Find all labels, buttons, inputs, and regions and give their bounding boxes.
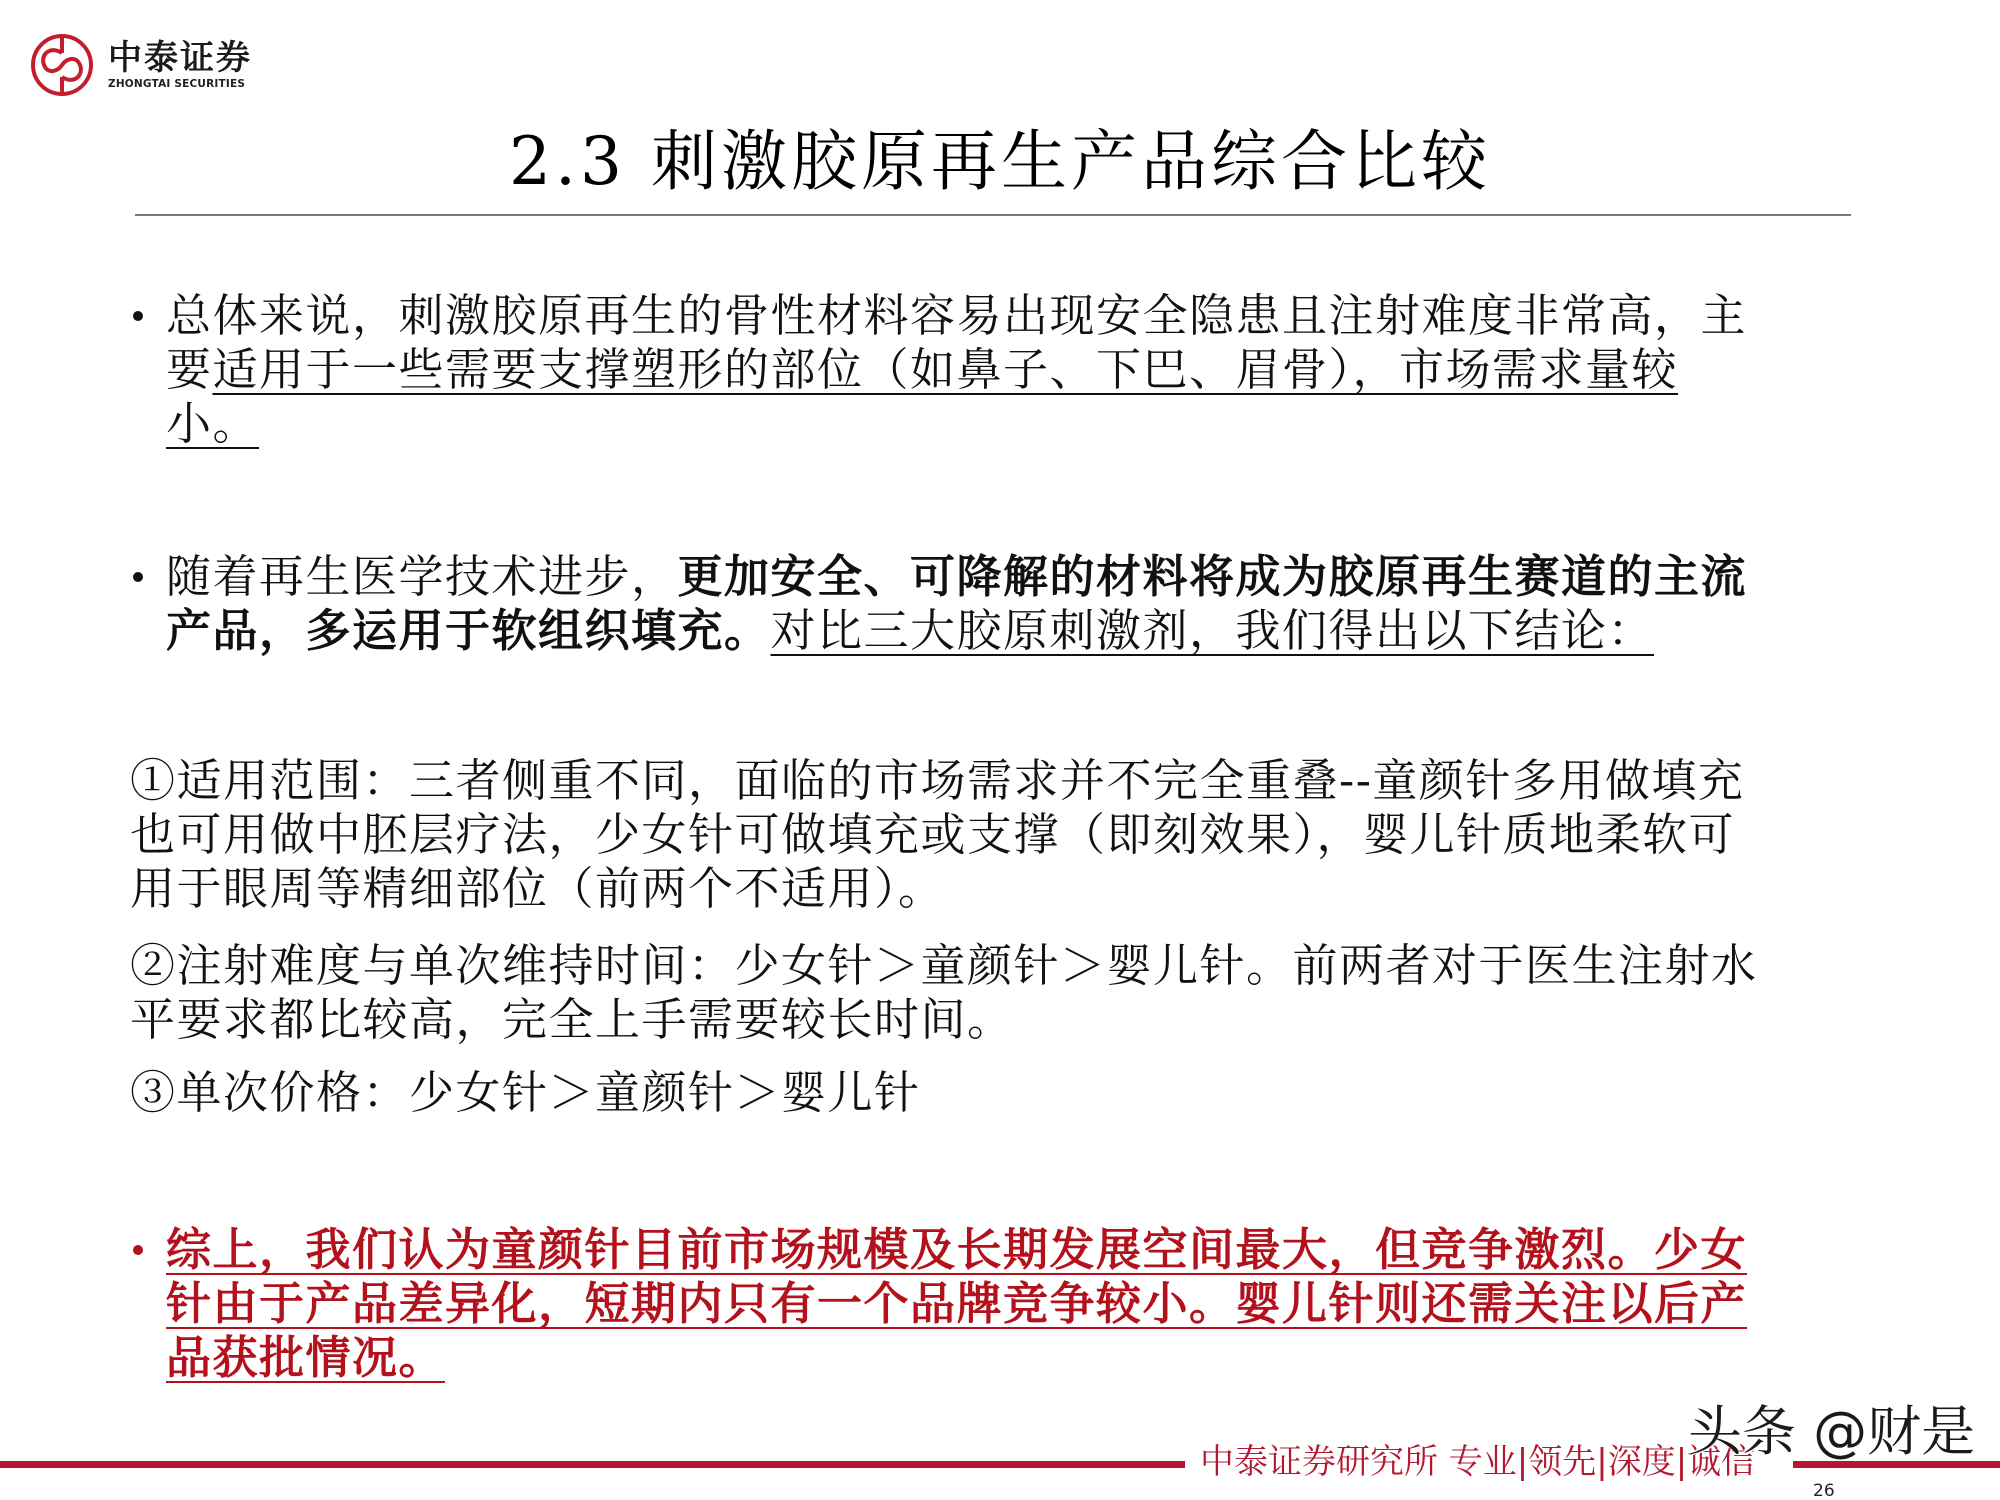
conclusion-line-2: 针由于产品差异化，短期内只有一个品牌竞争较小。婴儿针则还需关注以后产	[166, 1277, 1747, 1330]
bullet-2: 随着再生医学技术进步，更加安全、可降解的材料将成为胶原再生赛道的主流 产品，多运…	[166, 550, 1747, 658]
bullet-2-plain: 随着再生医学技术进步，	[166, 550, 678, 603]
title-divider	[135, 214, 1851, 216]
bullet-1-line-2-plain: 要	[166, 343, 213, 396]
conclusion-line-3: 品获批情况。	[166, 1331, 445, 1384]
page-number: 26	[1813, 1482, 1835, 1500]
point-2-line-2: 平要求都比较高，完全上手需要较长时间。	[130, 993, 1758, 1047]
bullet-1-underlined-end: 小。	[166, 397, 259, 450]
conclusion: 综上，我们认为童颜针目前市场规模及长期发展空间最大，但竞争激烈。少女 针由于产品…	[166, 1223, 1747, 1385]
bullet-1-line-1: 总体来说，刺激胶原再生的骨性材料容易出现安全隐患且注射难度非常高，主	[166, 289, 1747, 343]
point-1-line-3: 用于眼周等精细部位（前两个不适用）。	[130, 862, 1744, 916]
bullet-2-line-2: 产品，多运用于软组织填充。对比三大胶原刺激剂，我们得出以下结论：	[166, 604, 1747, 658]
footer-slogan: 中泰证券研究所 专业|领先|深度|诚信	[1200, 1440, 1755, 1484]
bullet-2-bold: 更加安全、可降解的材料将成为胶原再生赛道的主流	[678, 550, 1748, 603]
conclusion-line-1: 综上，我们认为童颜针目前市场规模及长期发展空间最大，但竞争激烈。少女	[166, 1223, 1747, 1276]
bullet-icon	[133, 572, 143, 582]
page-title: 2.3 刺激胶原再生产品综合比较	[0, 122, 2000, 202]
point-3-line-1: ③单次价格：少女针＞童颜针＞婴儿针	[130, 1066, 921, 1120]
bullet-1-line-2: 要适用于一些需要支撑塑形的部位（如鼻子、下巴、眉骨），市场需求量较	[166, 343, 1747, 397]
point-2-difficulty: ②注射难度与单次维持时间：少女针＞童颜针＞婴儿针。前两者对于医生注射水 平要求都…	[130, 939, 1758, 1047]
point-2-line-1: ②注射难度与单次维持时间：少女针＞童颜针＞婴儿针。前两者对于医生注射水	[130, 939, 1758, 993]
bullet-icon	[133, 1245, 143, 1255]
bullet-2-bold-end: 产品，多运用于软组织填充。	[166, 604, 771, 657]
bullet-1: 总体来说，刺激胶原再生的骨性材料容易出现安全隐患且注射难度非常高，主 要适用于一…	[166, 289, 1747, 451]
bullet-1-line-3: 小。	[166, 397, 1747, 451]
zhongtai-logo-icon	[30, 33, 94, 97]
bullet-1-underlined-text: 适用于一些需要支撑塑形的部位（如鼻子、下巴、眉骨），市场需求量较	[213, 343, 1679, 396]
point-1-line-2: 也可用做中胚层疗法，少女针可做填充或支撑（即刻效果），婴儿针质地柔软可	[130, 808, 1744, 862]
bullet-2-line-1: 随着再生医学技术进步，更加安全、可降解的材料将成为胶原再生赛道的主流	[166, 550, 1747, 604]
logo-name-en: ZHONGTAI SECURITIES	[108, 77, 252, 91]
point-3-price: ③单次价格：少女针＞童颜针＞婴儿针	[130, 1066, 921, 1120]
point-1-line-1: ①适用范围：三者侧重不同，面临的市场需求并不完全重叠--童颜针多用做填充	[130, 754, 1744, 808]
logo-name-cn: 中泰证券	[108, 39, 252, 77]
point-1-scope: ①适用范围：三者侧重不同，面临的市场需求并不完全重叠--童颜针多用做填充 也可用…	[130, 754, 1744, 916]
bullet-icon	[133, 311, 143, 321]
footer-divider-left	[0, 1461, 1185, 1468]
company-logo: 中泰证券 ZHONGTAI SECURITIES	[30, 33, 252, 97]
bullet-2-underlined-text: 对比三大胶原刺激剂，我们得出以下结论：	[771, 604, 1655, 657]
watermark: 头条 @财是	[1688, 1400, 1975, 1464]
